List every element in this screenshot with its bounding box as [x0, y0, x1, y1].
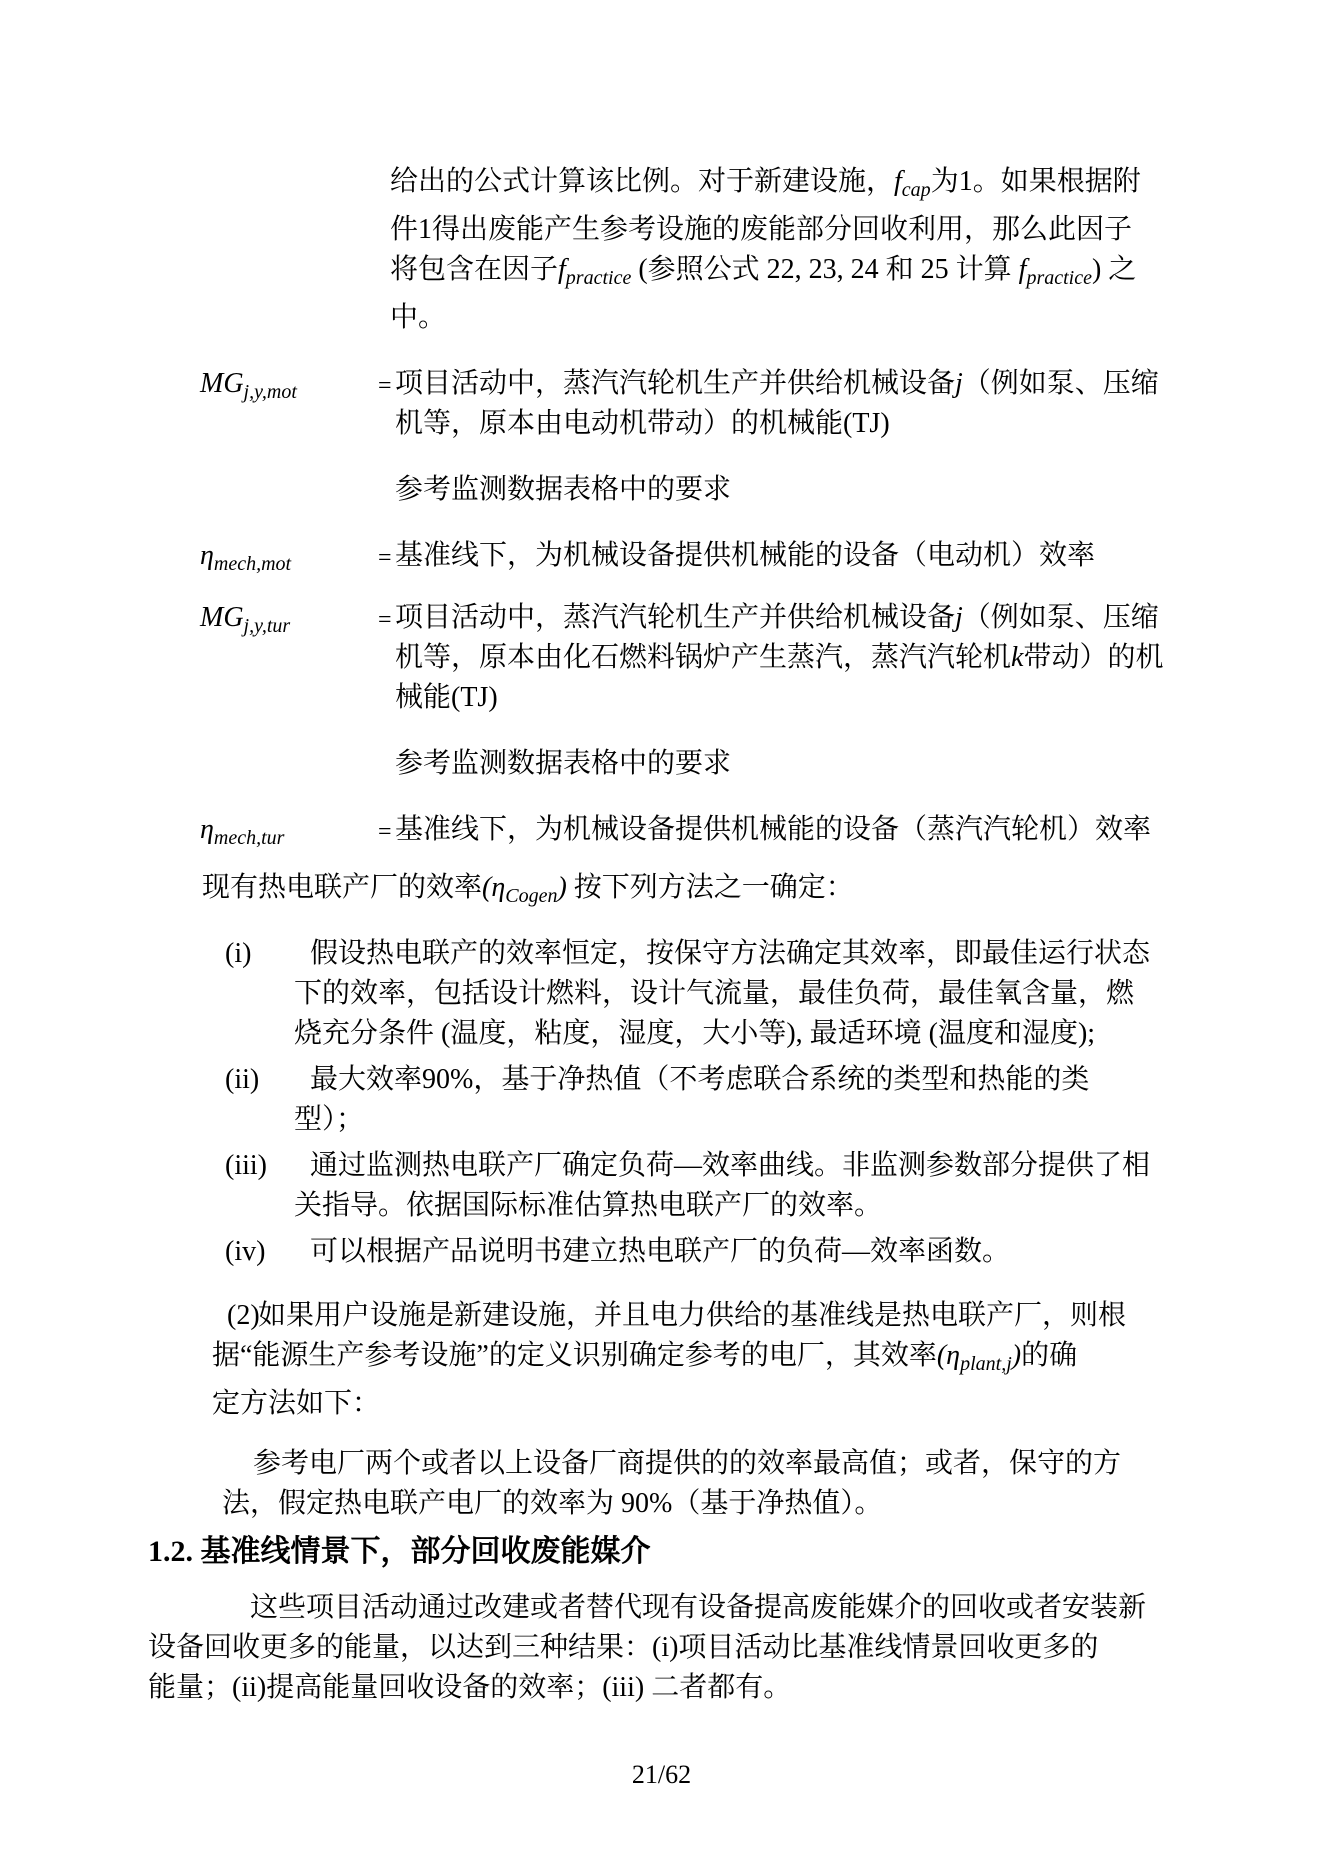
text-run: cap: [902, 179, 931, 201]
text-run: 的确: [1021, 1340, 1077, 1371]
text-run: 带动）的机: [1023, 642, 1163, 673]
text-run: 可以根据产品说明书建立热电联产厂的负荷—效率函数。: [310, 1236, 1010, 1267]
text-run: 法，假定热电联产电厂的效率为 90%（基于净热值）。: [222, 1488, 882, 1519]
text-line: 定方法如下：: [212, 1384, 1158, 1424]
text-run: 按下列方法之一确定：: [567, 872, 854, 903]
text-run: 最大效率90%，基于净热值（不考虑联合系统的类型和热能的类: [310, 1064, 1089, 1095]
text-line: 可以根据产品说明书建立热电联产厂的负荷—效率函数。: [310, 1232, 1158, 1272]
text-line: 件1得出废能产生参考设施的废能部分回收利用，那么此因子: [390, 210, 1158, 250]
text-run: 下的效率，包括设计燃料，设计气流量，最佳负荷，最佳氧含量，燃: [294, 978, 1134, 1009]
text-run: η: [200, 814, 214, 845]
text-run: j: [955, 368, 963, 399]
term-description: 项目活动中，蒸汽汽轮机生产并供给机械设备j（例如泵、压缩机等，原本由电动机带动）…: [395, 364, 1158, 444]
text-run: MG: [200, 368, 244, 399]
text-line: 型）；: [294, 1100, 1158, 1140]
term-description: 项目活动中，蒸汽汽轮机生产并供给机械设备j（例如泵、压缩机等，原本由化石燃料锅炉…: [395, 598, 1158, 718]
text-run: （例如泵、压缩: [963, 368, 1159, 399]
text-run: f: [558, 254, 566, 285]
list-marker: (i): [225, 934, 251, 974]
text-line: 这些项目活动通过改建或者替代现有设备提高废能媒介的回收或者安装新: [148, 1588, 1158, 1628]
text-line: 给出的公式计算该比例。对于新建设施，fcap为1。如果根据附: [390, 162, 1158, 210]
text-line: 法，假定热电联产电厂的效率为 90%（基于净热值）。: [222, 1484, 1158, 1524]
list-item-text: 可以根据产品说明书建立热电联产厂的负荷—效率函数。: [310, 1232, 1158, 1272]
text-line: 械能(TJ): [395, 678, 1158, 718]
list-item-text: 假设热电联产的效率恒定，按保守方法确定其效率，即最佳运行状态下的效率，包括设计燃…: [310, 934, 1158, 1054]
text-run: 中。: [390, 302, 446, 333]
text-run: η: [200, 540, 214, 571]
intro-paragraph: 给出的公式计算该比例。对于新建设施，fcap为1。如果根据附件1得出废能产生参考…: [390, 162, 1158, 338]
list-item-ii: (ii) 最大效率90%，基于净热值（不考虑联合系统的类型和热能的类型）；: [148, 1060, 1158, 1140]
text-run: 假设热电联产的效率恒定，按保守方法确定其效率，即最佳运行状态: [310, 938, 1150, 969]
list-marker: (2): [227, 1296, 260, 1336]
term-symbol: MGj,y,tur: [200, 598, 290, 646]
text-line: 烧充分条件 (温度，粘度，湿度，大小等), 最适环境 (温度和湿度);: [294, 1014, 1158, 1054]
list-marker: (iv): [225, 1232, 265, 1272]
text-run: 为1。如果根据附: [931, 166, 1141, 197]
text-run: 基准线下，为机械设备提供机械能的设备（电动机）效率: [395, 540, 1095, 571]
document-page: 给出的公式计算该比例。对于新建设施，fcap为1。如果根据附件1得出废能产生参考…: [0, 0, 1323, 1871]
text-run: 机等，原本由电动机带动）的机械能(TJ): [395, 408, 890, 439]
term-row-mg-jytur: MGj,y,tur = 项目活动中，蒸汽汽轮机生产并供给机械设备j（例如泵、压缩…: [148, 598, 1158, 784]
text-run: 烧充分条件 (温度，粘度，湿度，大小等), 最适环境 (温度和湿度);: [294, 1018, 1095, 1049]
text-run: ): [557, 872, 566, 903]
text-line: 现有热电联产厂的效率(ηCogen) 按下列方法之一确定：: [202, 868, 1158, 916]
text-line: 基准线下，为机械设备提供机械能的设备（蒸汽汽轮机）效率: [395, 810, 1158, 850]
closing-paragraph: 这些项目活动通过改建或者替代现有设备提高废能媒介的回收或者安装新设备回收更多的能…: [148, 1588, 1158, 1708]
text-run: mech,mot: [214, 553, 291, 575]
text-run: k: [1011, 642, 1023, 673]
list-item-iii: (iii) 通过监测热电联产厂确定负荷—效率曲线。非监测参数部分提供了相关指导。…: [148, 1146, 1158, 1226]
equals-sign: =: [378, 812, 392, 852]
text-run: 这些项目活动通过改建或者替代现有设备提高废能媒介的回收或者安装新: [250, 1592, 1146, 1623]
reference-plant-paragraph: 参考电厂两个或者以上设备厂商提供的的效率最高值；或者，保守的方法，假定热电联产电…: [222, 1444, 1158, 1524]
text-run: plant,j: [960, 1353, 1012, 1375]
equals-sign: =: [378, 538, 392, 578]
text-run: mech,tur: [214, 827, 285, 849]
text-line: 机等，原本由电动机带动）的机械能(TJ): [395, 404, 1158, 444]
text-run: (η: [482, 872, 505, 903]
text-run: j,y,tur: [244, 615, 291, 637]
page-number: 21/62: [0, 1760, 1323, 1790]
text-line: 项目活动中，蒸汽汽轮机生产并供给机械设备j（例如泵、压缩: [395, 598, 1158, 638]
text-run: 机等，原本由化石燃料锅炉产生蒸汽，蒸汽汽轮机: [395, 642, 1011, 673]
text-line: 机等，原本由化石燃料锅炉产生蒸汽，蒸汽汽轮机k带动）的机: [395, 638, 1158, 678]
text-run: practice: [1026, 267, 1092, 289]
text-run: 设备回收更多的能量，以达到三种结果：(i)项目活动比基准线情景回收更多的: [148, 1632, 1098, 1663]
term-row-eta-mechtur: ηmech,tur = 基准线下，为机械设备提供机械能的设备（蒸汽汽轮机）效率: [148, 810, 1158, 850]
term-symbol: MGj,y,mot: [200, 364, 297, 412]
text-line: 如果用户设施是新建设施，并且电力供给的基准线是热电联产厂，则根: [212, 1296, 1158, 1336]
monitoring-note: 参考监测数据表格中的要求: [395, 744, 1158, 784]
text-run: 参考电厂两个或者以上设备厂商提供的的效率最高值；或者，保守的方: [253, 1448, 1121, 1479]
text-run: 项目活动中，蒸汽汽轮机生产并供给机械设备: [395, 368, 955, 399]
text-run: （例如泵、压缩: [963, 602, 1159, 633]
text-run: 型）；: [294, 1104, 364, 1135]
term-description: 基准线下，为机械设备提供机械能的设备（电动机）效率: [395, 536, 1158, 576]
term-description: 基准线下，为机械设备提供机械能的设备（蒸汽汽轮机）效率: [395, 810, 1158, 850]
text-line: 参考电厂两个或者以上设备厂商提供的的效率最高值；或者，保守的方: [222, 1444, 1158, 1484]
text-run: 基准线下，为机械设备提供机械能的设备（蒸汽汽轮机）效率: [395, 814, 1151, 845]
text-run: ) 之: [1092, 254, 1136, 285]
list-marker: (iii): [225, 1146, 267, 1186]
list-item-text: 通过监测热电联产厂确定负荷—效率曲线。非监测参数部分提供了相关指导。依据国际标准…: [310, 1146, 1158, 1226]
text-run: f: [894, 166, 902, 197]
text-run: (η: [937, 1340, 960, 1371]
text-run: 给出的公式计算该比例。对于新建设施，: [390, 166, 894, 197]
text-run: 件1得出废能产生参考设施的废能部分回收利用，那么此因子: [390, 214, 1132, 245]
monitoring-note: 参考监测数据表格中的要求: [395, 470, 1158, 510]
text-run: (参照公式 22, 23, 24 和 25 计算: [631, 254, 1018, 285]
term-symbol: ηmech,mot: [200, 536, 291, 584]
text-run: MG: [200, 602, 244, 633]
text-line: 将包含在因子fpractice (参照公式 22, 23, 24 和 25 计算…: [390, 250, 1158, 298]
cogen-efficiency-paragraph: 现有热电联产厂的效率(ηCogen) 按下列方法之一确定：: [202, 868, 1158, 916]
text-run: j: [955, 602, 963, 633]
term-symbol: ηmech,tur: [200, 810, 284, 858]
text-line: 据“能源生产参考设施”的定义识别确定参考的电厂，其效率(ηplant,j)的确: [212, 1336, 1158, 1384]
text-line: 假设热电联产的效率恒定，按保守方法确定其效率，即最佳运行状态: [310, 934, 1158, 974]
term-row-eta-mechmot: ηmech,mot = 基准线下，为机械设备提供机械能的设备（电动机）效率: [148, 536, 1158, 576]
equals-sign: =: [378, 600, 392, 640]
text-run: 如果用户设施是新建设施，并且电力供给的基准线是热电联产厂，则根: [258, 1300, 1126, 1331]
text-run: j,y,mot: [244, 381, 297, 403]
text-line: 通过监测热电联产厂确定负荷—效率曲线。非监测参数部分提供了相: [310, 1146, 1158, 1186]
text-line: 能量；(ii)提高能量回收设备的效率；(iii) 二者都有。: [148, 1668, 1158, 1708]
list-item-text: 如果用户设施是新建设施，并且电力供给的基准线是热电联产厂，则根据“能源生产参考设…: [212, 1296, 1158, 1424]
list-item-text: 最大效率90%，基于净热值（不考虑联合系统的类型和热能的类型）；: [310, 1060, 1158, 1140]
text-run: Cogen: [505, 885, 557, 907]
text-line: 最大效率90%，基于净热值（不考虑联合系统的类型和热能的类: [310, 1060, 1158, 1100]
term-row-mg-jymot: MGj,y,mot = 项目活动中，蒸汽汽轮机生产并供给机械设备j（例如泵、压缩…: [148, 364, 1158, 510]
method-list: (i) 假设热电联产的效率恒定，按保守方法确定其效率，即最佳运行状态下的效率，包…: [148, 934, 1158, 1272]
text-run: 关指导。依据国际标准估算热电联产厂的效率。: [294, 1190, 882, 1221]
text-run: 能量；(ii)提高能量回收设备的效率；(iii) 二者都有。: [148, 1672, 791, 1703]
text-line: 关指导。依据国际标准估算热电联产厂的效率。: [294, 1186, 1158, 1226]
text-run: 据“能源生产参考设施”的定义识别确定参考的电厂，其效率: [212, 1340, 937, 1371]
text-run: 通过监测热电联产厂确定负荷—效率曲线。非监测参数部分提供了相: [310, 1150, 1150, 1181]
text-run: 将包含在因子: [390, 254, 558, 285]
equals-sign: =: [378, 366, 392, 406]
document-body: 给出的公式计算该比例。对于新建设施，fcap为1。如果根据附件1得出废能产生参考…: [148, 0, 1158, 1708]
text-line: 项目活动中，蒸汽汽轮机生产并供给机械设备j（例如泵、压缩: [395, 364, 1158, 404]
numbered-item-2: (2) 如果用户设施是新建设施，并且电力供给的基准线是热电联产厂，则根据“能源生…: [148, 1296, 1158, 1424]
text-run: 定方法如下：: [212, 1388, 380, 1419]
section-heading-1-2: 1.2. 基准线情景下，部分回收废能媒介: [148, 1532, 1158, 1572]
text-line: 下的效率，包括设计燃料，设计气流量，最佳负荷，最佳氧含量，燃: [294, 974, 1158, 1014]
list-marker: (ii): [225, 1060, 259, 1100]
list-item-iv: (iv) 可以根据产品说明书建立热电联产厂的负荷—效率函数。: [148, 1232, 1158, 1272]
list-item-i: (i) 假设热电联产的效率恒定，按保守方法确定其效率，即最佳运行状态下的效率，包…: [148, 934, 1158, 1054]
text-line: 设备回收更多的能量，以达到三种结果：(i)项目活动比基准线情景回收更多的: [148, 1628, 1158, 1668]
text-run: 现有热电联产厂的效率: [202, 872, 482, 903]
text-line: 中。: [390, 298, 1158, 338]
text-run: 项目活动中，蒸汽汽轮机生产并供给机械设备: [395, 602, 955, 633]
text-run: ): [1012, 1340, 1021, 1371]
text-run: practice: [566, 267, 632, 289]
text-run: 械能(TJ): [395, 682, 498, 713]
text-line: 基准线下，为机械设备提供机械能的设备（电动机）效率: [395, 536, 1158, 576]
